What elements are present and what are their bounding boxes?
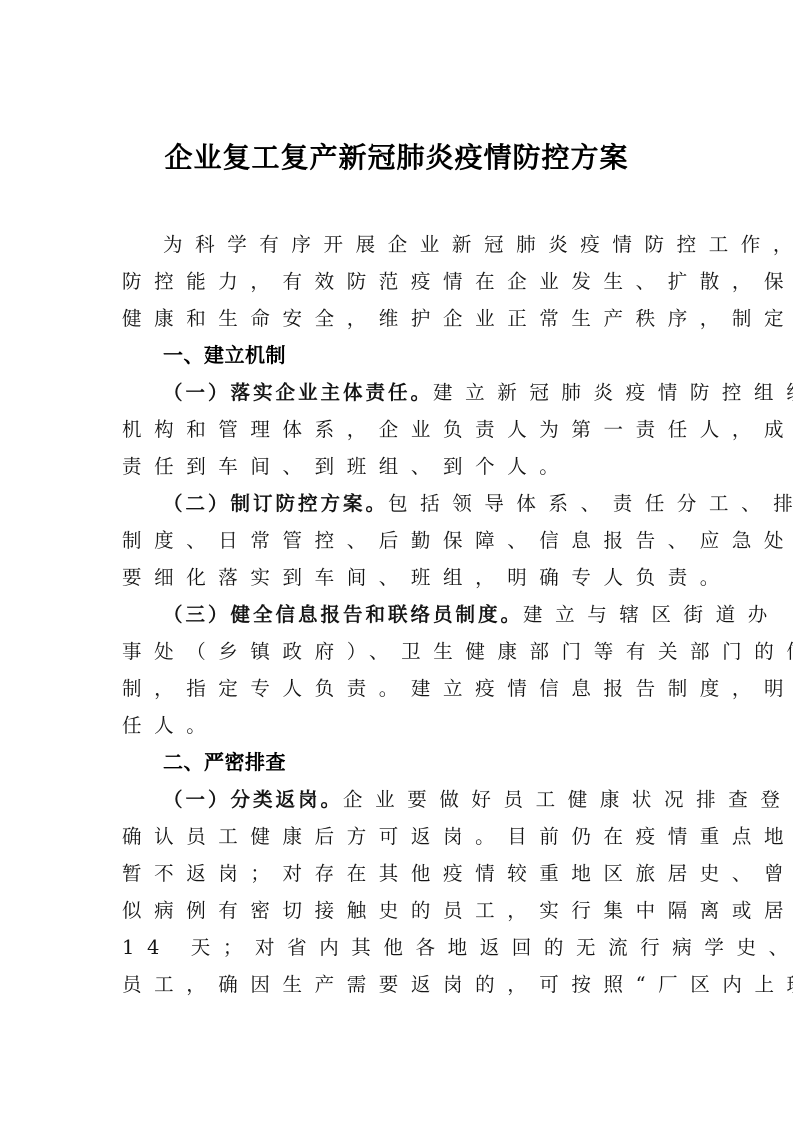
paragraph-first-line: （一）分类返岗。企业要做好员工健康状况排查登记， (122, 781, 674, 818)
subsection-lead: （一）分类返岗。 (163, 788, 343, 811)
section-heading: 一、建立机制 (122, 337, 674, 374)
subsection-lead: （三）健全信息报告和联络员制度。 (163, 603, 523, 626)
paragraph-text: 企业要做好员工健康状况排查登记， (343, 788, 793, 811)
paragraph-line: 暂不返岗；对存在其他疫情较重地区旅居史、曾与确诊或疑 (122, 855, 674, 892)
paragraph-first-line: （一）落实企业主体责任。建立新冠肺炎疫情防控组织 (122, 374, 674, 411)
paragraph-first-line: （二）制订防控方案。包括领导体系、责任分工、排查 (122, 485, 674, 522)
section-heading: 二、严密排查 (122, 744, 674, 781)
paragraph-line: 制度、日常管控、后勤保障、信息报告、应急处置等内容， (122, 522, 674, 559)
paragraph-line: 机构和管理体系，企业负责人为第一责任人，成立工作专班， (122, 411, 674, 448)
intro-line: 防控能力，有效防范疫情在企业发生、扩散，保障员工身体 (122, 263, 674, 300)
paragraph-line: 制，指定专人负责。建立疫情信息报告制度，明确流程和责 (122, 670, 674, 707)
subsection-lead: （二）制订防控方案。 (163, 492, 388, 515)
document-page: 企业复工复产新冠肺炎疫情防控方案 为科学有序开展企业新冠肺炎疫情防控工作，提高企… (0, 0, 793, 1122)
paragraph-line: 事处（乡镇政府）、卫生健康部门等有关部门的信息通报机 (122, 633, 674, 670)
paragraph-line: 确认员工健康后方可返岗。目前仍在疫情重点地区的人员， (122, 818, 674, 855)
paragraph-line: 任人。 (122, 707, 674, 744)
document-title: 企业复工复产新冠肺炎疫情防控方案 (0, 138, 793, 178)
paragraph-text: 建立与辖区街道办 (523, 603, 780, 626)
paragraph-line: 似病例有密切接触史的员工，实行集中隔离或居家医学观察 (122, 892, 674, 929)
paragraph-line: 要细化落实到车间、班组，明确专人负责。 (122, 559, 674, 596)
intro-line: 为科学有序开展企业新冠肺炎疫情防控工作，提高企业 (122, 226, 674, 263)
paragraph-line: 14 天；对省内其他各地返回的无流行病学史、无相关症状的 (122, 929, 674, 966)
paragraph-line: 员工，确因生产需要返岗的，可按照“厂区内上班，14 天内 (122, 966, 674, 1003)
document-body: 为科学有序开展企业新冠肺炎疫情防控工作，提高企业 防控能力，有效防范疫情在企业发… (122, 226, 674, 1003)
paragraph-first-line: （三）健全信息报告和联络员制度。建立与辖区街道办 (122, 596, 674, 633)
paragraph-text: 包括领导体系、责任分工、排查 (388, 492, 793, 515)
subsection-lead: （一）落实企业主体责任。 (163, 381, 433, 404)
paragraph-line: 责任到车间、到班组、到个人。 (122, 448, 674, 485)
intro-line: 健康和生命安全，维护企业正常生产秩序，制定本方案。 (122, 300, 674, 337)
paragraph-text: 建立新冠肺炎疫情防控组织 (433, 381, 793, 404)
